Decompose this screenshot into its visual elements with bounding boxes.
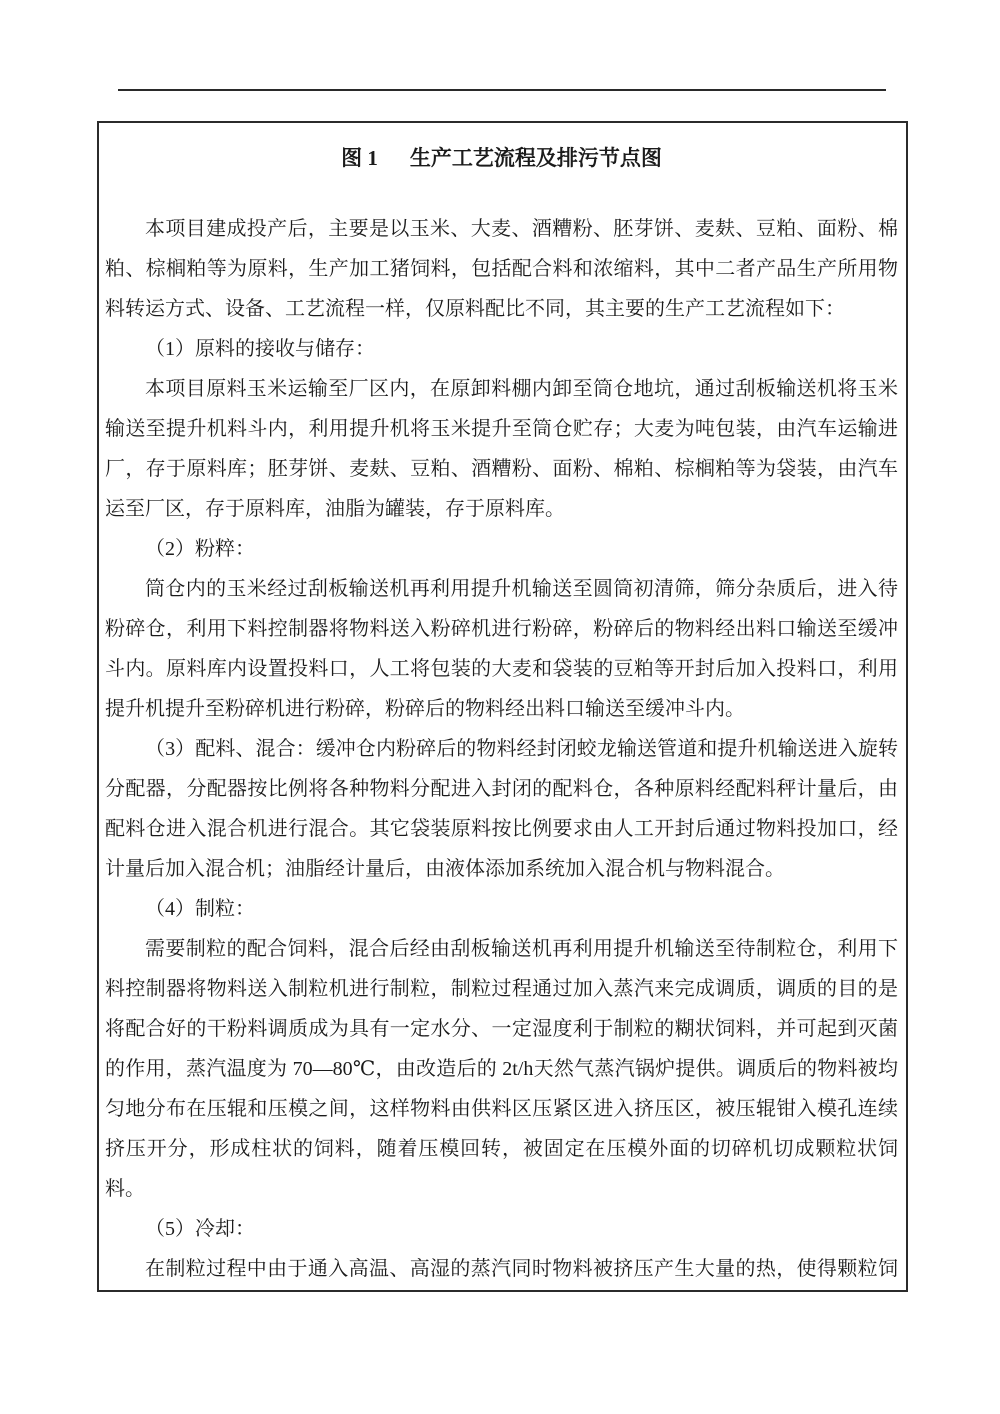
document-content-box: 图 1生产工艺流程及排污节点图 本项目建成投产后，主要是以玉米、大麦、酒糟粉、胚… [97,121,908,1292]
figure-caption-title: 生产工艺流程及排污节点图 [410,146,662,170]
body-paragraph: （5）冷却： [105,1209,898,1249]
body-paragraph: 在制粒过程中由于通入高温、高湿的蒸汽同时物料被挤压产生大量的热，使得颗粒饲料刚从… [105,1249,898,1292]
body-paragraph: （3）配料、混合：缓冲仓内粉碎后的物料经封闭蛟龙输送管道和提升机输送进入旋转分配… [105,729,898,889]
body-paragraph: （2）粉粹： [105,529,898,569]
figure-caption: 图 1生产工艺流程及排污节点图 [105,141,898,175]
document-body: 本项目建成投产后，主要是以玉米、大麦、酒糟粉、胚芽饼、麦麸、豆粕、面粉、棉粕、棕… [105,209,898,1292]
header-divider-rule [118,89,886,91]
figure-caption-label: 图 1 [341,146,378,170]
body-paragraph: （1）原料的接收与储存： [105,329,898,369]
body-paragraph: 本项目建成投产后，主要是以玉米、大麦、酒糟粉、胚芽饼、麦麸、豆粕、面粉、棉粕、棕… [105,209,898,329]
body-paragraph: 筒仓内的玉米经过刮板输送机再利用提升机输送至圆筒初清筛，筛分杂质后，进入待粉碎仓… [105,569,898,729]
body-paragraph: 需要制粒的配合饲料，混合后经由刮板输送机再利用提升机输送至待制粒仓，利用下料控制… [105,929,898,1209]
body-paragraph: （4）制粒： [105,889,898,929]
body-paragraph: 本项目原料玉米运输至厂区内，在原卸料棚内卸至筒仓地坑，通过刮板输送机将玉米输送至… [105,369,898,529]
